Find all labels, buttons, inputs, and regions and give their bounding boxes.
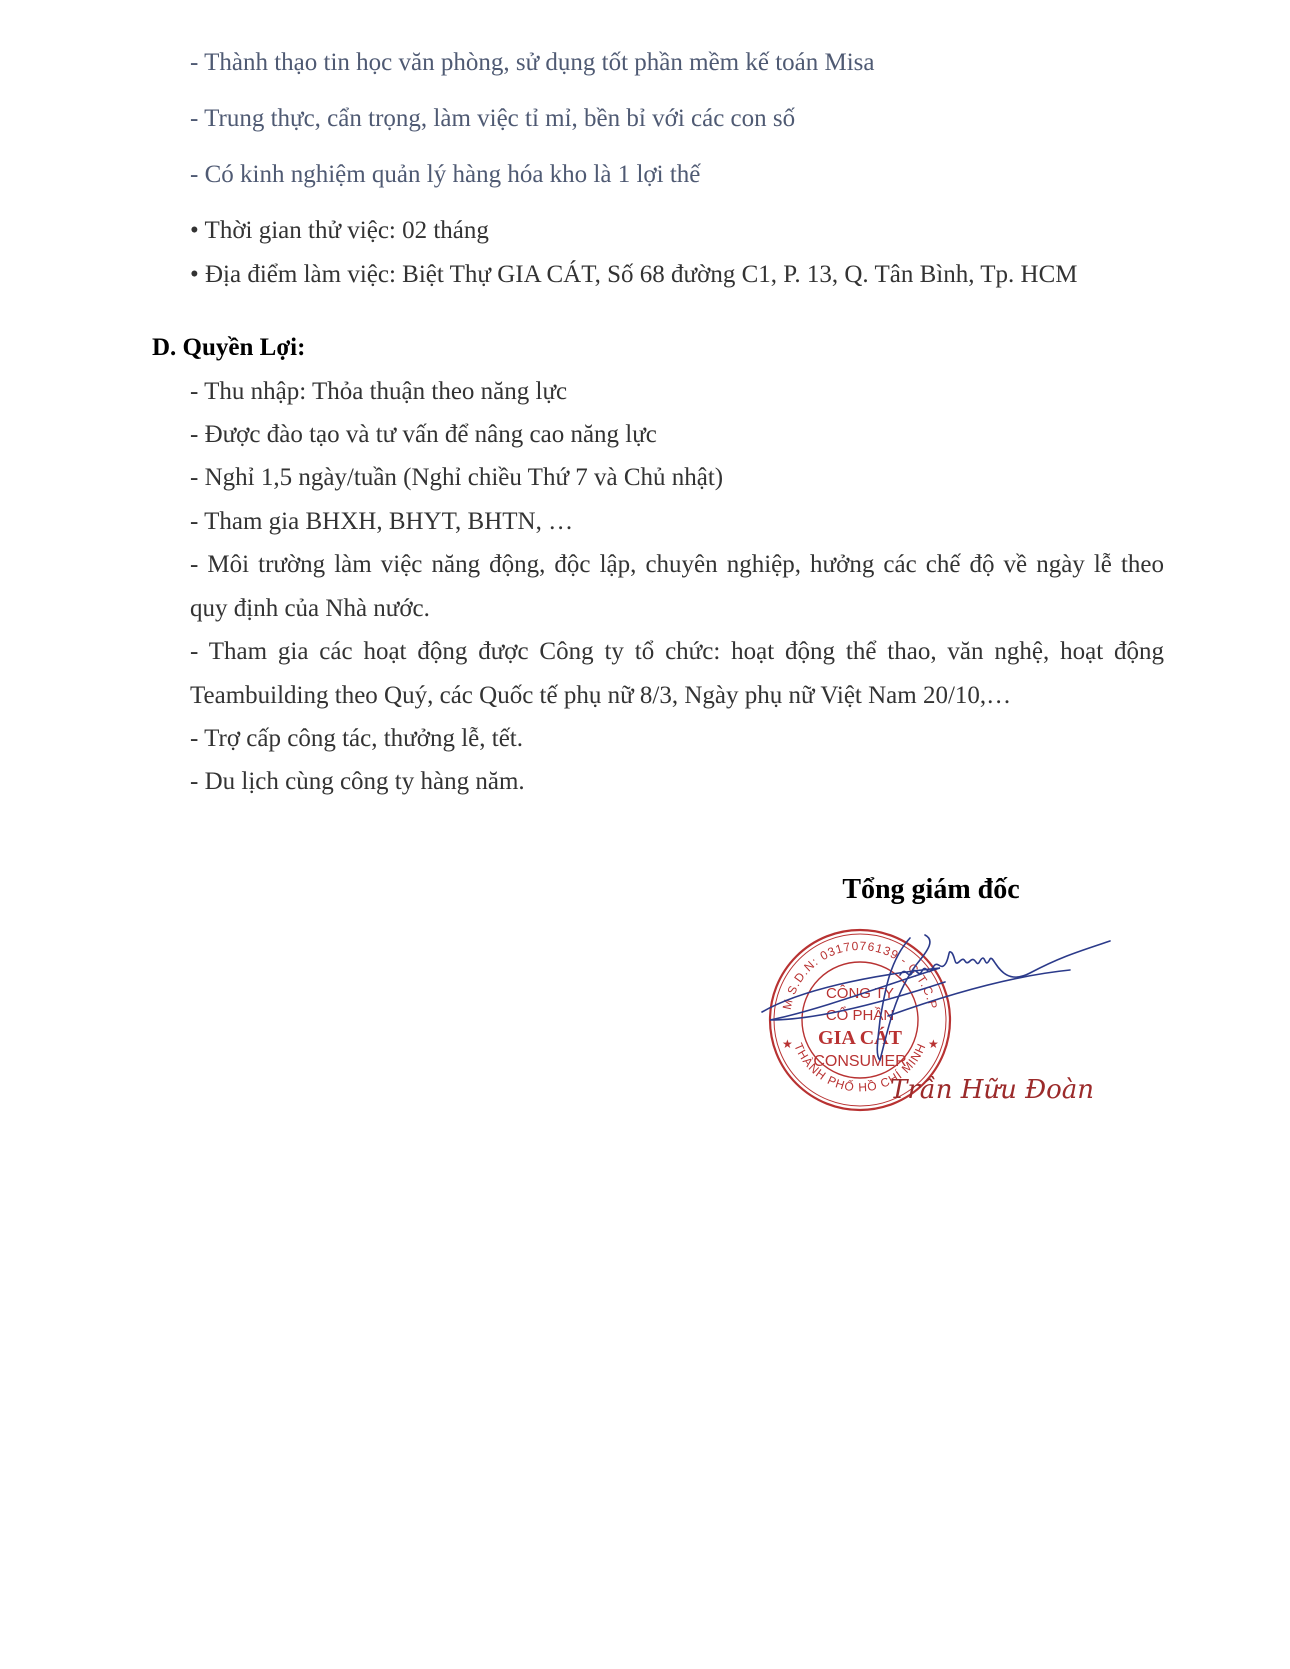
benefit-item: - Được đào tạo và tư vấn để nâng cao năn… <box>190 420 657 450</box>
requirement-item: - Thành thạo tin học văn phòng, sử dụng … <box>190 48 875 78</box>
benefit-item: - Tham gia các hoạt động được Công ty tổ… <box>190 637 1164 667</box>
signature-icon <box>760 920 1140 1080</box>
work-location: • Địa điểm làm việc: Biệt Thự GIA CÁT, S… <box>190 260 1078 290</box>
benefit-item-continuation: quy định của Nhà nước. <box>190 594 430 624</box>
signatory-title: Tổng giám đốc <box>831 873 1031 907</box>
benefit-item-continuation: Teambuilding theo Quý, các Quốc tế phụ n… <box>190 681 1011 711</box>
benefit-item: - Thu nhập: Thỏa thuận theo năng lực <box>190 377 567 407</box>
benefit-item: - Nghỉ 1,5 ngày/tuần (Nghỉ chiều Thứ 7 v… <box>190 463 723 493</box>
requirement-item: - Có kinh nghiệm quản lý hàng hóa kho là… <box>190 160 700 190</box>
probation-period: • Thời gian thử việc: 02 tháng <box>190 216 489 246</box>
signer-name: Trần Hữu Đoàn <box>890 1075 1094 1105</box>
benefit-item: - Môi trường làm việc năng động, độc lập… <box>190 550 1164 580</box>
benefit-item: - Du lịch cùng công ty hàng năm. <box>190 767 525 797</box>
benefit-item: - Tham gia BHXH, BHYT, BHTN, … <box>190 507 573 537</box>
requirement-item: - Trung thực, cẩn trọng, làm việc tỉ mỉ,… <box>190 104 795 134</box>
benefit-item: - Trợ cấp công tác, thưởng lễ, tết. <box>190 724 523 754</box>
benefits-heading: D. Quyền Lợi: <box>152 333 305 363</box>
